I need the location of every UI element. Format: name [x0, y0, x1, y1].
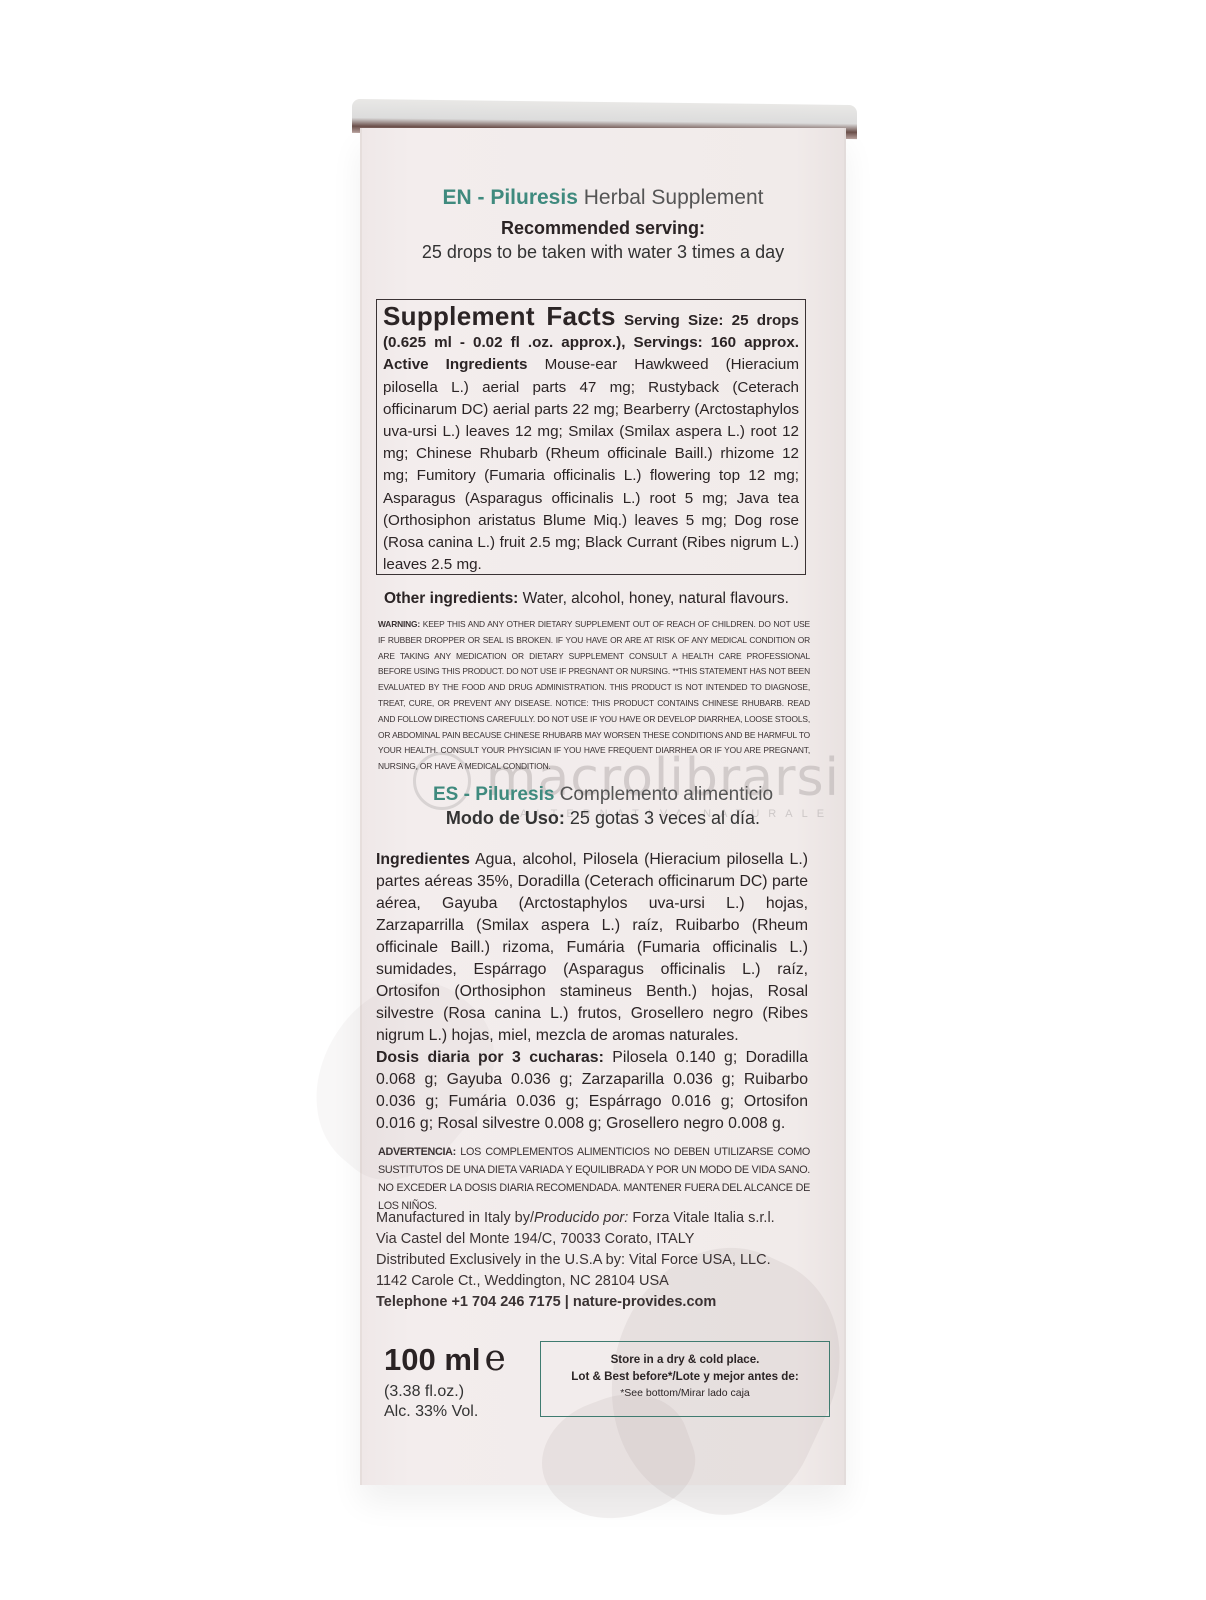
- ingredientes-label: Ingredientes: [376, 851, 470, 868]
- modo-text: 25 gotas 3 veces al día.: [565, 808, 760, 828]
- manufacturer-name: Forza Vitale Italia s.r.l.: [628, 1210, 774, 1226]
- other-ingredients-text: Water, alcohol, honey, natural flavours.: [518, 590, 789, 607]
- volume-value: 100 ml: [384, 1342, 481, 1377]
- recommended-serving-text: 25 drops to be taken with water 3 times …: [360, 242, 846, 263]
- warning-label: WARNING:: [378, 619, 420, 629]
- manufacturer-italic: Producido por:: [534, 1210, 628, 1226]
- en-product-name: Piluresis: [490, 186, 578, 209]
- es-section-title: ES - Piluresis Complemento alimenticio: [360, 784, 846, 806]
- manufacturer-info: Manufactured in Italy by/Producido por: …: [376, 1208, 816, 1313]
- volume-amount: 100 mle: [384, 1338, 506, 1379]
- active-ingredients-text: Mouse-ear Hawkweed (Hieracium pilosella …: [383, 356, 799, 573]
- es-subtitle: Complemento alimenticio: [554, 784, 773, 805]
- supplement-facts-title: Supplement Facts: [383, 301, 616, 331]
- es-lang-code: ES -: [433, 784, 475, 805]
- distributor-address: 1142 Carole Ct., Weddington, NC 28104 US…: [376, 1271, 816, 1292]
- volume-floz: (3.38 fl.oz.): [384, 1382, 478, 1402]
- manufacturer-address: Via Castel del Monte 194/C, 70033 Corato…: [376, 1229, 816, 1250]
- storage-line-2: Lot & Best before*/Lote y mejor antes de…: [541, 1368, 829, 1385]
- advertencia-label: ADVERTENCIA:: [378, 1146, 456, 1158]
- es-ingredients-block: Ingredientes Agua, alcohol, Pilosela (Hi…: [376, 849, 808, 1135]
- warning-text: Keep this and any other dietary suppleme…: [378, 619, 810, 771]
- modo-label: Modo de Uso:: [446, 808, 565, 828]
- storage-box: Store in a dry & cold place. Lot & Best …: [540, 1341, 830, 1417]
- active-ingredients-label: Active Ingredients: [383, 356, 528, 373]
- dosis-label: Dosis diaria por 3 cucharas:: [376, 1049, 604, 1066]
- alcohol-content: Alc. 33% Vol.: [384, 1402, 478, 1422]
- en-section-title: EN - Piluresis Herbal Supplement: [360, 186, 846, 210]
- supplement-facts-box: Supplement Facts Serving Size: 25 drops …: [376, 299, 806, 575]
- storage-line-1: Store in a dry & cold place.: [541, 1351, 829, 1368]
- telephone-website: Telephone +1 704 246 7175 | nature-provi…: [376, 1292, 816, 1313]
- manufacturer-prefix: Manufactured in Italy by/: [376, 1210, 534, 1226]
- volume-details: (3.38 fl.oz.) Alc. 33% Vol.: [384, 1382, 478, 1422]
- warning-block: WARNING: Keep this and any other dietary…: [378, 617, 810, 775]
- storage-line-3: *See bottom/Mirar lado caja: [541, 1385, 829, 1402]
- other-ingredients-label: Other ingredients:: [384, 590, 518, 607]
- en-subtitle: Herbal Supplement: [578, 186, 764, 209]
- modo-de-uso: Modo de Uso: 25 gotas 3 veces al día.: [360, 808, 846, 829]
- estimated-sign-icon: e: [485, 1338, 506, 1379]
- ingredientes-text: Agua, alcohol, Pilosela (Hieracium pilos…: [376, 851, 808, 1044]
- distributor-line: Distributed Exclusively in the U.S.A by:…: [376, 1250, 816, 1271]
- es-product-name: Piluresis: [475, 784, 554, 805]
- en-lang-code: EN -: [442, 186, 490, 209]
- manufacturer-line-1: Manufactured in Italy by/Producido por: …: [376, 1208, 816, 1229]
- recommended-serving-label: Recommended serving:: [360, 218, 846, 239]
- advertencia-block: ADVERTENCIA: Los complementos alimentici…: [378, 1143, 810, 1215]
- other-ingredients: Other ingredients: Water, alcohol, honey…: [384, 590, 814, 608]
